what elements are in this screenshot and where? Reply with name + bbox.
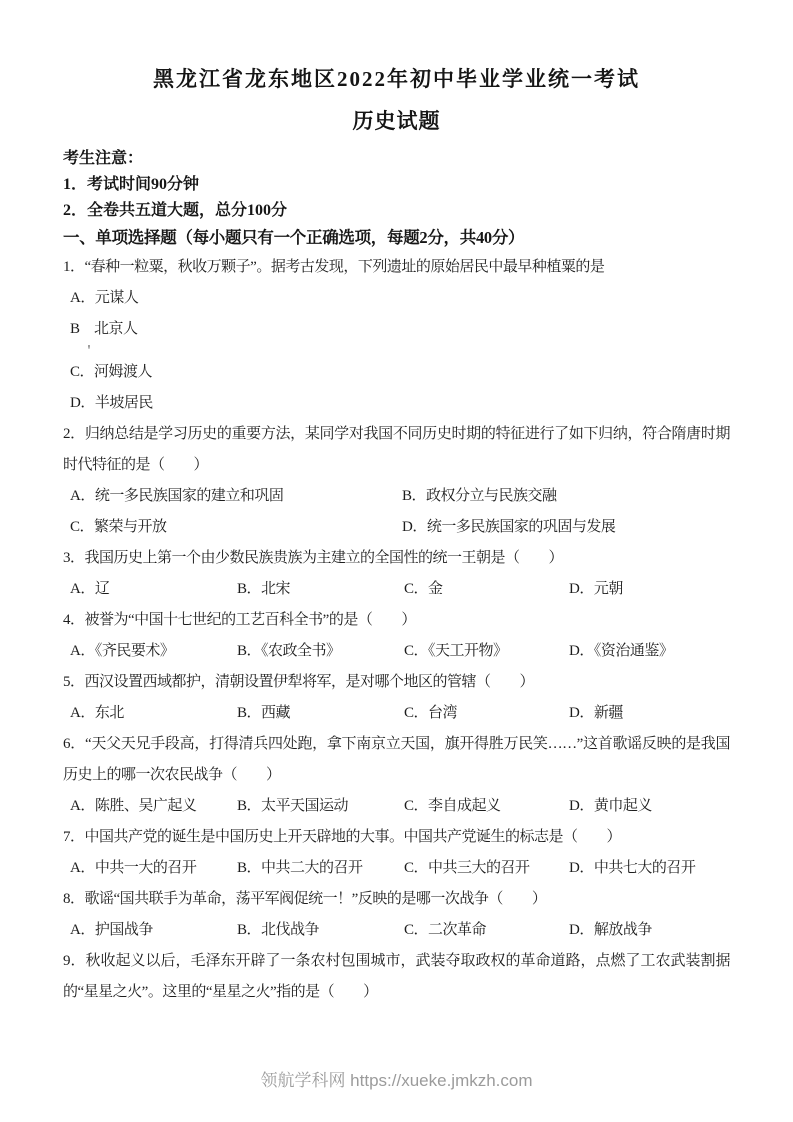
option-b: B．北宋 <box>237 574 404 605</box>
option-d: D．黄巾起义 <box>569 791 730 822</box>
section-heading: 一、单项选择题（每小题只有一个正确选项，每题2分，共40分） <box>63 224 730 252</box>
question-7: 7．中国共产党的诞生是中国历史上开天辟地的大事。中国共产党诞生的标志是（ ） A… <box>63 822 730 884</box>
option-b: B．政权分立与民族交融 <box>402 481 730 512</box>
question-7-options: A．中共一大的召开 B．中共二大的召开 C．中共三大的召开 D．中共七大的召开 <box>63 853 730 884</box>
question-9: 9．秋收起义以后，毛泽东开辟了一条农村包围城市，武装夺取政权的革命道路，点燃了工… <box>63 946 730 1008</box>
option-a: A．《齐民要术》 <box>70 636 237 667</box>
option-c: C．河姆渡人 <box>70 357 730 388</box>
question-5-options: A．东北 B．西藏 C．台湾 D．新疆 <box>63 698 730 729</box>
option-d: D．元朝 <box>569 574 730 605</box>
option-d: D．新疆 <box>569 698 730 729</box>
question-3-options: A．辽 B．北宋 C．金 D．元朝 <box>63 574 730 605</box>
question-4: 4．被誉为“中国十七世纪的工艺百科全书”的是（ ） A．《齐民要术》 B．《农政… <box>63 605 730 667</box>
option-c: C．中共三大的召开 <box>404 853 569 884</box>
option-b: B．北伐战争 <box>237 915 404 946</box>
exam-title: 黑龙江省龙东地区2022年初中毕业学业统一考试 <box>63 64 730 94</box>
option-a: A．中共一大的召开 <box>70 853 237 884</box>
question-2: 2．归纳总结是学习历史的重要方法，某同学对我国不同历史时期的特征进行了如下归纳，… <box>63 419 730 543</box>
option-c: C．台湾 <box>404 698 569 729</box>
question-6-stem: 6．“天父天兄手段高，打得清兵四处跑，拿下南京立天国，旗开得胜万民笑……”这首歌… <box>63 729 730 791</box>
option-b: B 北京人 <box>70 314 730 345</box>
question-7-stem: 7．中国共产党的诞生是中国历史上开天辟地的大事。中国共产党诞生的标志是（ ） <box>63 822 730 853</box>
option-d: D．解放战争 <box>569 915 730 946</box>
option-c: C．李自成起义 <box>404 791 569 822</box>
stray-mark: ＇ <box>70 345 730 357</box>
option-c: C．金 <box>404 574 569 605</box>
exam-paper-page: 黑龙江省龙东地区2022年初中毕业学业统一考试 历史试题 考生注意： 1．考试时… <box>0 64 793 1008</box>
question-8: 8．歌谣“国共联手为革命，荡平军阀促统一！”反映的是哪一次战争（ ） A．护国战… <box>63 884 730 946</box>
question-3-stem: 3．我国历史上第一个由少数民族贵族为主建立的全国性的统一王朝是（ ） <box>63 543 730 574</box>
option-a: A．东北 <box>70 698 237 729</box>
question-6-options: A．陈胜、吴广起义 B．太平天国运动 C．李自成起义 D．黄巾起义 <box>63 791 730 822</box>
option-a: A．辽 <box>70 574 237 605</box>
option-b: B．中共二大的召开 <box>237 853 404 884</box>
option-c: C．二次革命 <box>404 915 569 946</box>
option-b: B．西藏 <box>237 698 404 729</box>
notice-label: 考生注意： <box>63 146 730 172</box>
option-b: B．太平天国运动 <box>237 791 404 822</box>
question-3: 3．我国历史上第一个由少数民族贵族为主建立的全国性的统一王朝是（ ） A．辽 B… <box>63 543 730 605</box>
question-6: 6．“天父天兄手段高，打得清兵四处跑，拿下南京立天国，旗开得胜万民笑……”这首歌… <box>63 729 730 822</box>
question-8-stem: 8．歌谣“国共联手为革命，荡平军阀促统一！”反映的是哪一次战争（ ） <box>63 884 730 915</box>
option-a: A．元谋人 <box>70 283 730 314</box>
option-c: C．《天工开物》 <box>404 636 569 667</box>
question-9-stem: 9．秋收起义以后，毛泽东开辟了一条农村包围城市，武装夺取政权的革命道路，点燃了工… <box>63 946 730 1008</box>
question-5-stem: 5．西汉设置西域都护，清朝设置伊犁将军，是对哪个地区的管辖（ ） <box>63 667 730 698</box>
option-c: C．繁荣与开放 <box>70 512 402 543</box>
option-a: A．护国战争 <box>70 915 237 946</box>
option-d: D．统一多民族国家的巩固与发展 <box>402 512 730 543</box>
footer-watermark-text: 领航学科网 https://xueke.jmkzh.com <box>260 1071 532 1090</box>
notice-item-1: 1．考试时间90分钟 <box>63 172 730 198</box>
question-4-options: A．《齐民要术》 B．《农政全书》 C．《天工开物》 D．《资治通鉴》 <box>63 636 730 667</box>
option-a: A．陈胜、吴广起义 <box>70 791 237 822</box>
question-1-stem: 1．“春种一粒粟，秋收万颗子”。据考古发现，下列遗址的原始居民中最早种植粟的是 <box>63 252 730 283</box>
footer-watermark: 领航学科网 https://xueke.jmkzh.com <box>0 1068 793 1093</box>
question-2-options: A．统一多民族国家的建立和巩固 B．政权分立与民族交融 C．繁荣与开放 D．统一… <box>63 481 730 543</box>
option-d: D．半坡居民 <box>70 388 730 419</box>
question-4-stem: 4．被誉为“中国十七世纪的工艺百科全书”的是（ ） <box>63 605 730 636</box>
option-a: A．统一多民族国家的建立和巩固 <box>70 481 402 512</box>
option-d: D．《资治通鉴》 <box>569 636 730 667</box>
notice-block: 考生注意： 1．考试时间90分钟 2．全卷共五道大题，总分100分 <box>63 146 730 224</box>
question-1: 1．“春种一粒粟，秋收万颗子”。据考古发现，下列遗址的原始居民中最早种植粟的是 … <box>63 252 730 419</box>
question-2-stem: 2．归纳总结是学习历史的重要方法，某同学对我国不同历史时期的特征进行了如下归纳，… <box>63 419 730 481</box>
option-d: D．中共七大的召开 <box>569 853 730 884</box>
exam-subtitle: 历史试题 <box>63 106 730 136</box>
question-1-options: A．元谋人 B 北京人 ＇ C．河姆渡人 D．半坡居民 <box>63 283 730 419</box>
question-5: 5．西汉设置西域都护，清朝设置伊犁将军，是对哪个地区的管辖（ ） A．东北 B．… <box>63 667 730 729</box>
notice-item-2: 2．全卷共五道大题，总分100分 <box>63 198 730 224</box>
question-8-options: A．护国战争 B．北伐战争 C．二次革命 D．解放战争 <box>63 915 730 946</box>
option-b: B．《农政全书》 <box>237 636 404 667</box>
